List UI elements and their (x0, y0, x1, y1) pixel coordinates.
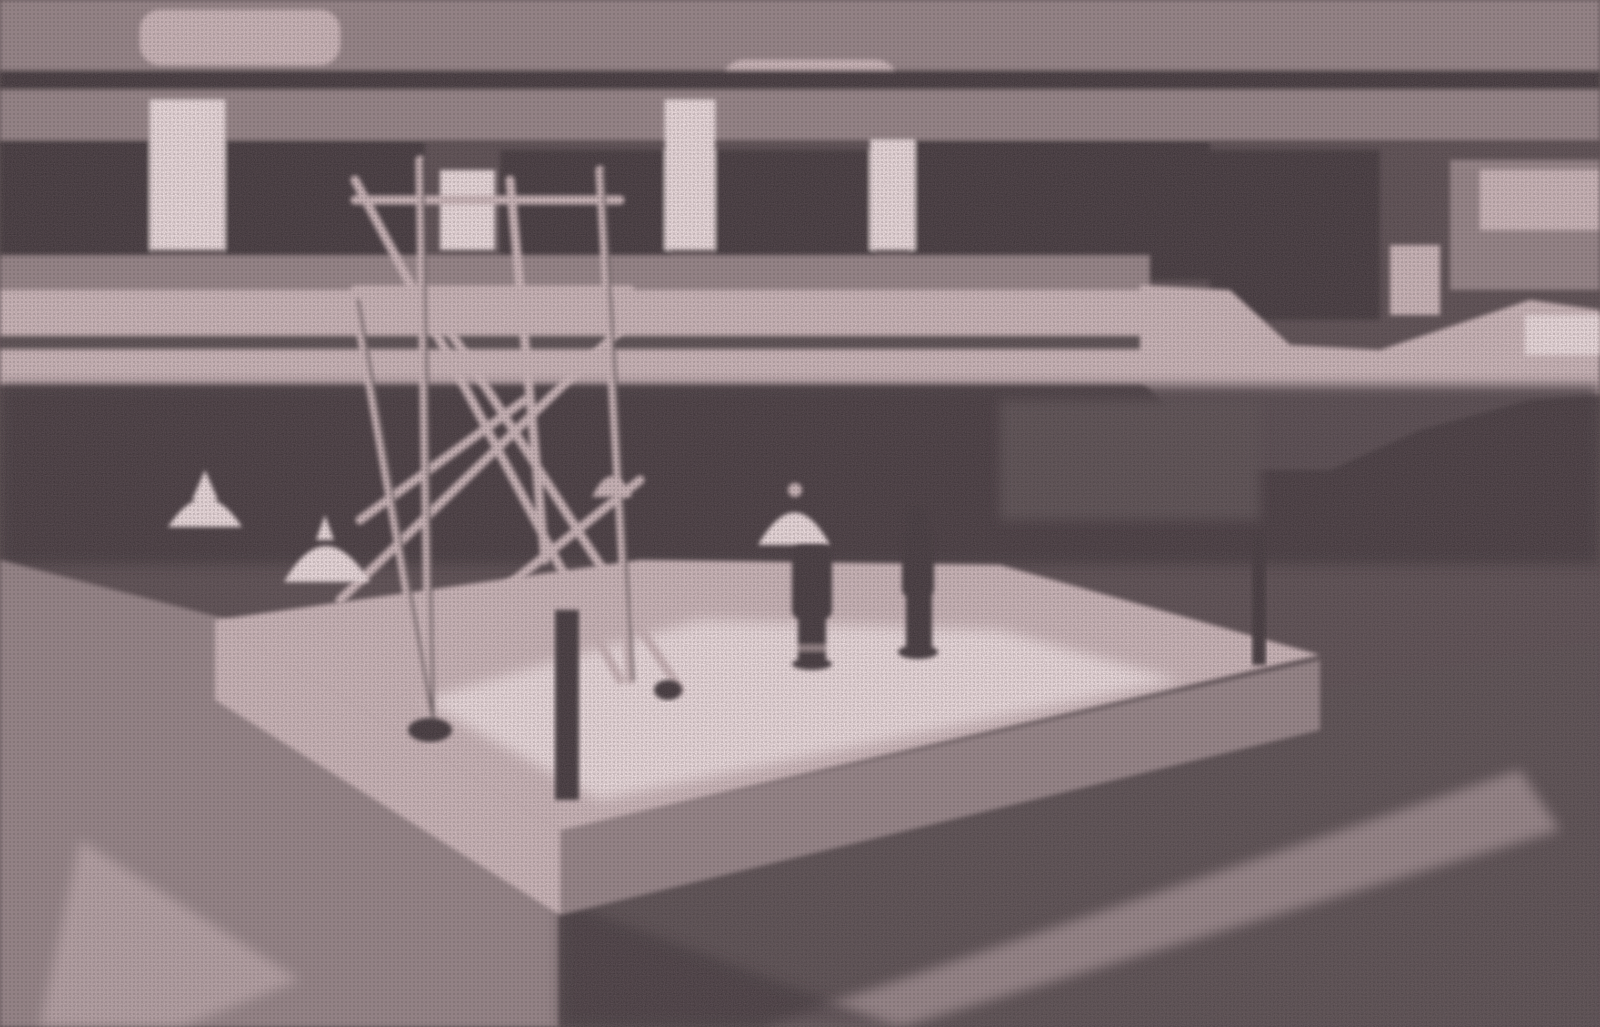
paper-tint (0, 0, 1600, 1027)
halftone-photograph (0, 0, 1600, 1027)
